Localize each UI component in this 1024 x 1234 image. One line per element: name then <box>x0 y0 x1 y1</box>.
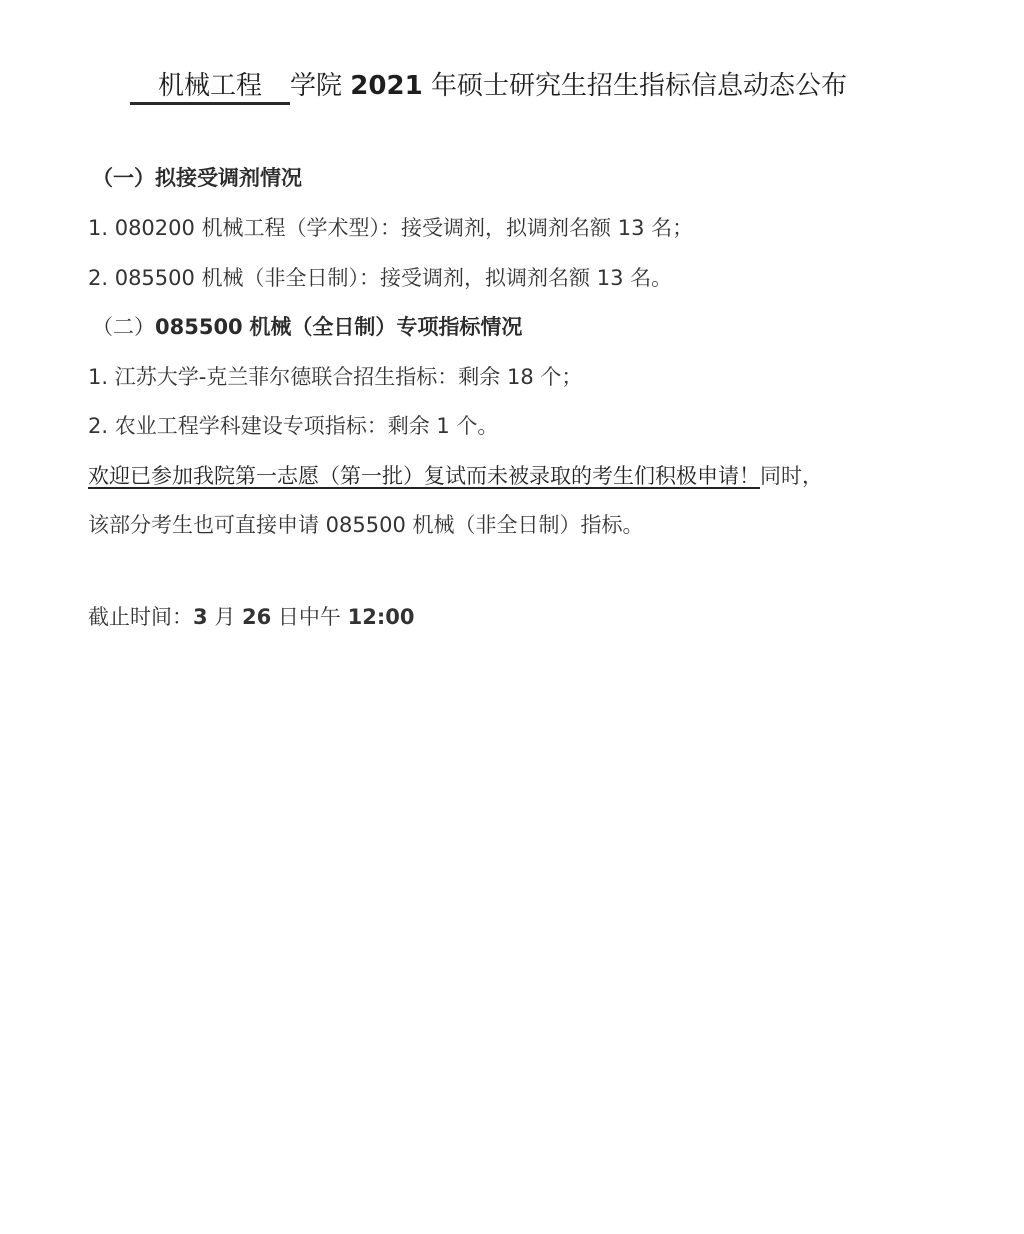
deadline-month-unit: 月 <box>214 605 235 629</box>
section1-item-1: 1. 080200 机械工程（学术型）：接受调剂，拟调剂名额 13 名； <box>88 213 693 243</box>
notice-underlined: 欢迎已参加我院第一志愿（第一批）复试而未被录取的考生们积极申请！ <box>88 464 760 488</box>
section2-heading: （二）085500 机械（全日制）专项指标情况 <box>92 312 522 342</box>
deadline-day-unit: 日中午 <box>278 605 341 629</box>
title-year: 2021 <box>350 71 422 101</box>
deadline-day: 26 <box>242 605 271 629</box>
college-name: 机械工程 <box>130 70 290 105</box>
deadline-label: 截止时间： <box>88 605 193 629</box>
deadline: 截止时间：3 月 26 日中午 12:00 <box>88 602 414 632</box>
deadline-time: 12:00 <box>348 605 415 629</box>
section2-item-2: 2. 农业工程学科建设专项指标：剩余 1 个。 <box>88 411 498 441</box>
notice-rest: 同时， <box>760 464 823 488</box>
document-title: 机械工程学院 2021 年硕士研究生招生指标信息动态公布 <box>130 68 950 105</box>
section2-heading-rest: 机械（全日制）专项指标情况 <box>249 315 522 339</box>
notice-line-2: 该部分考生也可直接申请 085500 机械（非全日制）指标。 <box>88 510 644 540</box>
notice-line-1: 欢迎已参加我院第一志愿（第一批）复试而未被录取的考生们积极申请！同时， <box>88 461 823 491</box>
section1-item-2: 2. 085500 机械（非全日制）：接受调剂，拟调剂名额 13 名。 <box>88 263 672 293</box>
title-suffix: 年硕士研究生招生指标信息动态公布 <box>431 71 847 101</box>
title-college-suffix: 学院 <box>290 71 342 101</box>
section2-heading-code: 085500 <box>155 315 243 339</box>
section1-heading: （一）拟接受调剂情况 <box>92 163 302 193</box>
section2-heading-prefix: （二） <box>92 315 155 339</box>
deadline-month: 3 <box>193 605 208 629</box>
section2-item-1: 1. 江苏大学-克兰菲尔德联合招生指标：剩余 18 个； <box>88 362 582 392</box>
